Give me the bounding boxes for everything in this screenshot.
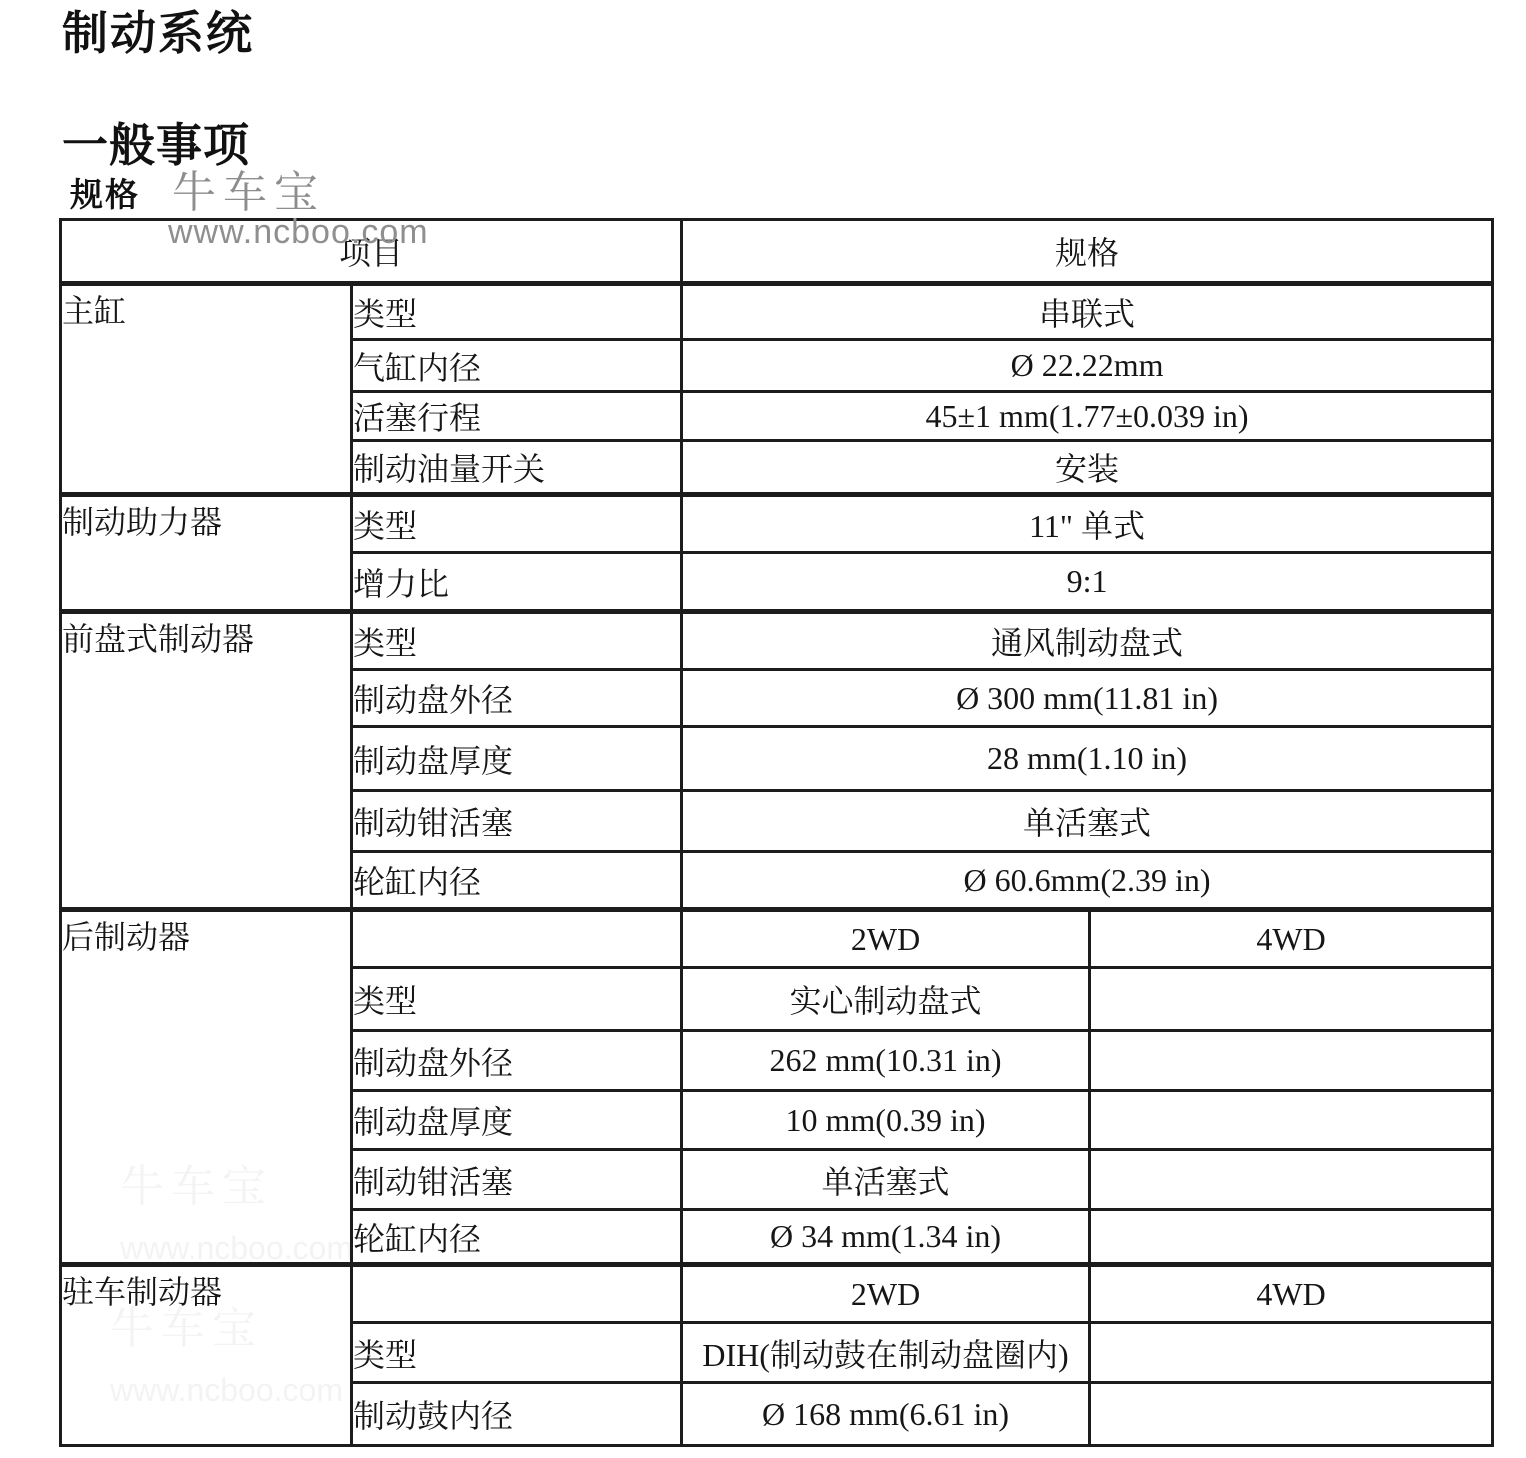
watermark-ghost-url: www.ncboo.com: [110, 1372, 343, 1409]
item-cell: 制动盘外径: [352, 1031, 682, 1091]
spec-cell: 串联式: [682, 284, 1493, 340]
spec-cell: 安装: [682, 441, 1493, 495]
category-cell: 前盘式制动器: [61, 612, 352, 910]
item-cell: 制动盘外径: [352, 670, 682, 727]
spec-cell-2wd: 2WD: [682, 910, 1090, 968]
spec-cell-4wd: 4WD: [1090, 1265, 1493, 1323]
item-cell: 气缸内径: [352, 340, 682, 392]
table-row: 后制动器2WD4WD: [61, 910, 1493, 968]
spec-cell-2wd: 实心制动盘式: [682, 968, 1090, 1031]
spec-cell: 单活塞式: [682, 791, 1493, 852]
item-cell: 制动盘厚度: [352, 1091, 682, 1150]
spec-cell-4wd: [1090, 1150, 1493, 1210]
header-spec-cell: 规格: [682, 220, 1493, 284]
watermark-ghost: 牛车宝 www.ncboo.com: [110, 1292, 343, 1409]
category-cell: 制动助力器: [61, 495, 352, 612]
category-cell: 主缸: [61, 284, 352, 495]
watermark-ghost-brand: 牛车宝: [110, 1292, 343, 1356]
item-cell: 制动钳活塞: [352, 791, 682, 852]
spec-cell-4wd: [1090, 1323, 1493, 1383]
item-cell: 活塞行程: [352, 392, 682, 441]
watermark-ghost-url: www.ncboo.com: [120, 1230, 353, 1267]
spec-cell-4wd: [1090, 1031, 1493, 1091]
spec-cell-2wd: Ø 34 mm(1.34 in): [682, 1210, 1090, 1265]
watermark-brand: 牛车宝: [172, 156, 325, 220]
spec-cell-4wd: 4WD: [1090, 910, 1493, 968]
spec-cell: Ø 22.22mm: [682, 340, 1493, 392]
item-cell: 增力比: [352, 553, 682, 612]
watermark-ghost: 牛车宝 www.ncboo.com: [120, 1150, 353, 1267]
spec-cell: Ø 60.6mm(2.39 in): [682, 852, 1493, 910]
spec-cell-2wd: 2WD: [682, 1265, 1090, 1323]
spec-cell: Ø 300 mm(11.81 in): [682, 670, 1493, 727]
spec-cell: 通风制动盘式: [682, 612, 1493, 670]
item-cell: 轮缸内径: [352, 1210, 682, 1265]
table-row: 前盘式制动器类型通风制动盘式: [61, 612, 1493, 670]
spec-cell-2wd: 10 mm(0.39 in): [682, 1091, 1090, 1150]
item-cell: 制动油量开关: [352, 441, 682, 495]
watermark-url: www.ncboo.com: [168, 213, 429, 252]
item-cell: 制动盘厚度: [352, 727, 682, 791]
spec-cell: 28 mm(1.10 in): [682, 727, 1493, 791]
watermark-ghost-brand: 牛车宝: [120, 1150, 353, 1214]
spec-cell: 9:1: [682, 553, 1493, 612]
item-cell: [352, 910, 682, 968]
item-cell: 类型: [352, 495, 682, 553]
spec-cell: 11" 单式: [682, 495, 1493, 553]
spec-cell-2wd: 单活塞式: [682, 1150, 1090, 1210]
spec-cell-4wd: [1090, 1210, 1493, 1265]
page-title: 制动系统: [62, 10, 254, 56]
table-row: 制动助力器类型11" 单式: [61, 495, 1493, 553]
item-cell: 类型: [352, 284, 682, 340]
subsection-title: 规格: [70, 178, 140, 211]
item-cell: 类型: [352, 1323, 682, 1383]
table-row: 主缸类型串联式: [61, 284, 1493, 340]
document-page: 制动系统 一般事项 规格 项目规格主缸类型串联式气缸内径Ø 22.22mm活塞行…: [0, 0, 1526, 1458]
spec-cell-2wd: 262 mm(10.31 in): [682, 1031, 1090, 1091]
item-cell: 类型: [352, 968, 682, 1031]
spec-cell-2wd: DIH(制动鼓在制动盘圈内): [682, 1323, 1090, 1383]
spec-cell-4wd: [1090, 1091, 1493, 1150]
spec-cell-4wd: [1090, 1383, 1493, 1446]
item-cell: 制动鼓内径: [352, 1383, 682, 1446]
item-cell: [352, 1265, 682, 1323]
item-cell: 类型: [352, 612, 682, 670]
spec-cell-4wd: [1090, 968, 1493, 1031]
spec-cell-2wd: Ø 168 mm(6.61 in): [682, 1383, 1090, 1446]
item-cell: 轮缸内径: [352, 852, 682, 910]
spec-cell: 45±1 mm(1.77±0.039 in): [682, 392, 1493, 441]
item-cell: 制动钳活塞: [352, 1150, 682, 1210]
